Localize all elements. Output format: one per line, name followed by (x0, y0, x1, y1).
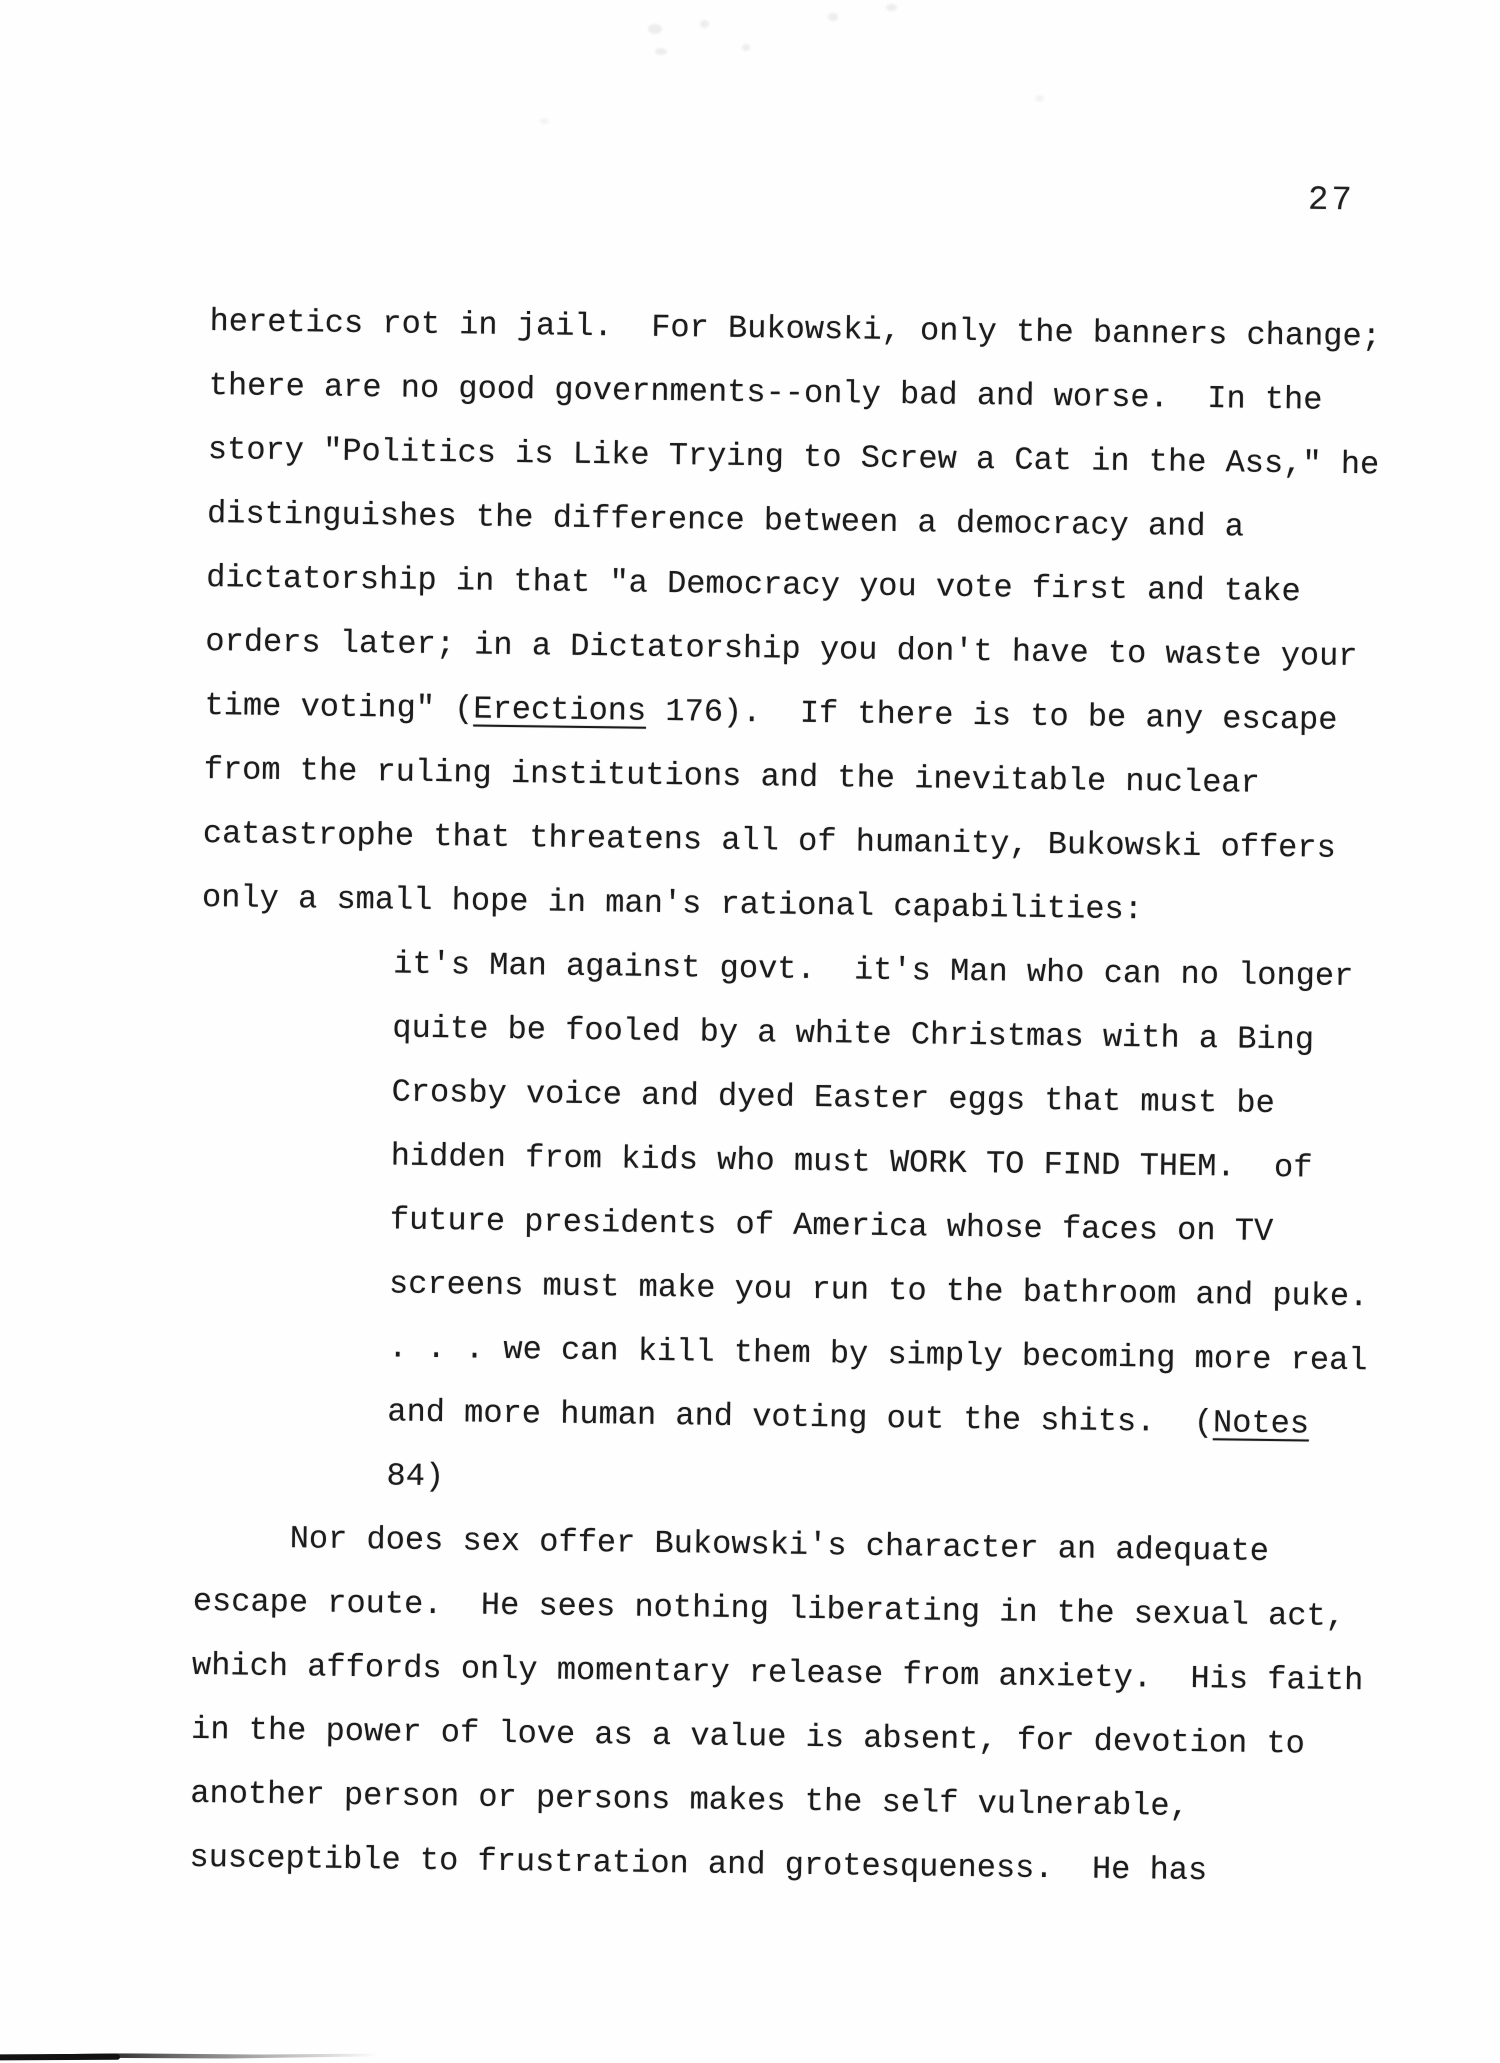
text-segment: it's Man against govt. it's Man who can … (201, 943, 1354, 995)
text-segment: dictatorship in that "a Democracy you vo… (206, 559, 1301, 610)
underlined-text-segment: Erections (473, 690, 646, 729)
text-segment: time voting" ( (204, 687, 473, 728)
text-segment: Nor does sex offer Bukowski's character … (193, 1519, 1269, 1570)
text-segment: 176). If there is to be any escape (646, 693, 1338, 739)
text-segment: Crosby voice and dyed Easter eggs that m… (199, 1071, 1275, 1122)
text-segment: distinguishes the difference between a d… (207, 495, 1244, 546)
text-segment: from the ruling institutions and the ine… (203, 751, 1260, 802)
text-segment: heretics rot in jail. For Bukowski, only… (209, 303, 1381, 355)
text-segment: and more human and voting out the shits.… (195, 1391, 1213, 1441)
text-segment: screens must make you run to the bathroo… (197, 1263, 1369, 1315)
text-segment: 84) (194, 1455, 444, 1495)
scan-speck (540, 118, 549, 124)
photocopy-smudge (0, 2054, 120, 2061)
scan-speck (828, 13, 838, 21)
scan-speck (1035, 95, 1044, 102)
underlined-text-segment: Notes (1213, 1404, 1309, 1442)
text-segment: story "Politics is Like Trying to Screw … (208, 431, 1380, 483)
text-segment: catastrophe that threatens all of humani… (203, 815, 1336, 867)
text-segment: hidden from kids who must WORK TO FIND T… (198, 1135, 1312, 1187)
text-segment: which affords only momentary release fro… (192, 1647, 1364, 1699)
text-segment: there are no good governments--only bad … (209, 367, 1323, 419)
text-segment: future presidents of America whose faces… (198, 1199, 1274, 1250)
scan-speck (655, 48, 667, 55)
text-segment: quite be fooled by a white Christmas wit… (200, 1007, 1314, 1059)
scan-speck (886, 4, 897, 11)
scan-speck (648, 24, 662, 34)
text-segment: in the power of love as a value is absen… (191, 1711, 1305, 1763)
scan-speck (700, 20, 709, 28)
text-segment: susceptible to frustration and grotesque… (189, 1839, 1207, 1889)
text-segment: only a small hope in man's rational capa… (202, 879, 1143, 928)
text-segment: escape route. He sees nothing liberating… (193, 1583, 1346, 1635)
text-segment: . . . we can kill them by simply becomin… (196, 1327, 1368, 1379)
page-number: 27 (1308, 184, 1355, 219)
text-segment: orders later; in a Dictatorship you don'… (205, 623, 1358, 675)
text-segment: another person or persons makes the self… (190, 1775, 1189, 1825)
text-block: heretics rot in jail. For Bukowski, only… (189, 290, 1381, 1905)
scanned-document-page: 27 heretics rot in jail. For Bukowski, o… (0, 0, 1500, 2063)
scan-speck (742, 44, 750, 51)
